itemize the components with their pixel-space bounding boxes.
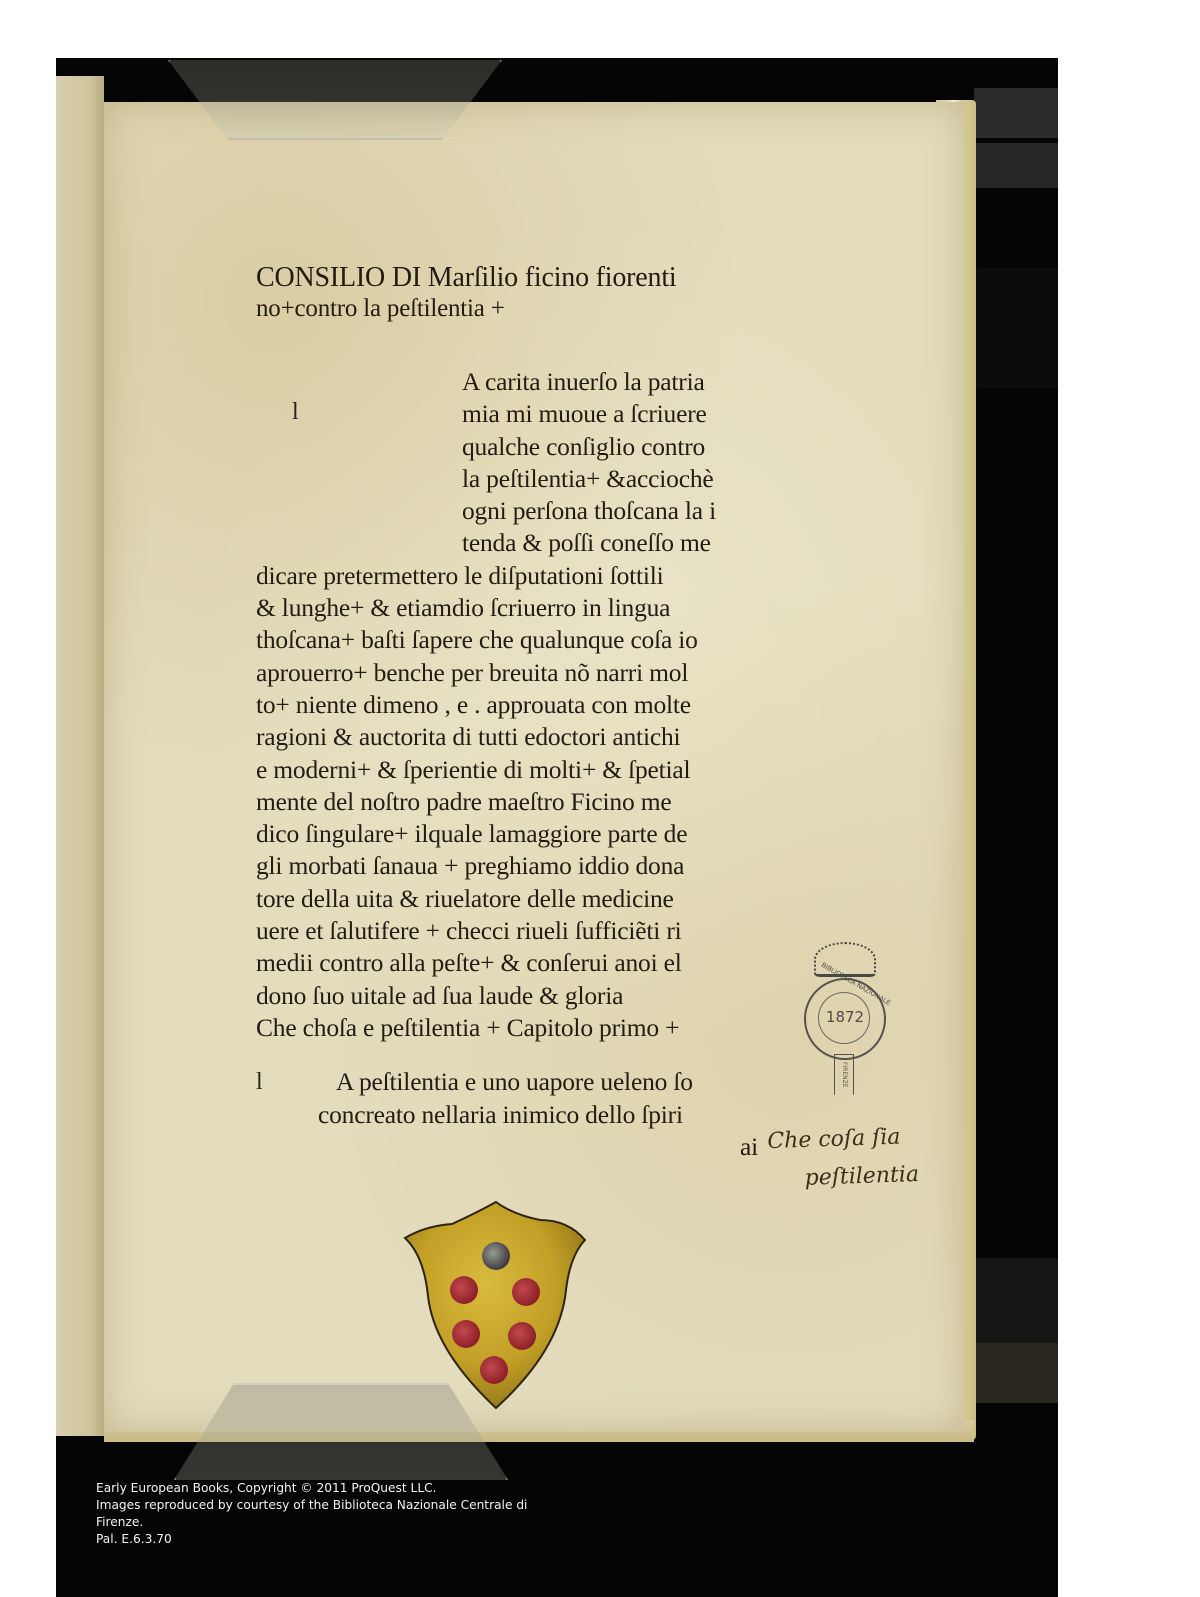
text-line: thoſcana+ baſti ſapere che qualunque coſ… [256,624,776,656]
text-line: qualche conſiglio contro [256,431,776,463]
text-line: tenda & poſſi coneſſo me [256,527,776,559]
text-line: uere et ſalutifere + checci riueli ſuffi… [256,915,776,947]
marginal-note-line: Che coſa ſia [767,1117,948,1161]
guide-letter: l [292,396,298,428]
medici-shield-icon [400,1200,590,1410]
text-line: tore della uita & riuelatore delle medic… [256,883,776,915]
text-line: aprouerro+ benche per breuita nõ narri m… [256,657,776,689]
shelf-stripe [974,88,1058,138]
catchword: ai [256,1131,776,1163]
caption-line: Early European Books, Copyright © 2011 P… [96,1480,696,1497]
title-line: CONSILIO DI Marſilio ficino fiorenti [256,262,776,294]
caption-line: Firenze. [96,1514,696,1531]
text-line: to+ niente dimeno , e . approuata con mo… [256,689,776,721]
copyright-caption: Early European Books, Copyright © 2011 P… [96,1480,696,1548]
book-scan: CONSILIO DI Marſilio ficino fiorenti no+… [56,58,1058,1597]
crown-icon [814,942,876,977]
text-line: e moderni+ & ſperientie di molti+ & ſpet… [256,754,776,786]
text-line: mente del noſtro padre maeſtro Ficino me [256,786,776,818]
text-line: medii contro alla peſte+ & conſerui anoi… [256,947,776,979]
text-line: dico ſingulare+ ilquale lamaggiore parte… [256,818,776,850]
caption-line: Images reproduced by courtesy of the Bib… [96,1497,696,1514]
shelf-stripe [974,1258,1058,1348]
marginal-note: Che coſa ſia peſtilentia [767,1117,950,1199]
text-line: ragioni & auctorita di tutti edoctori an… [256,721,776,753]
text-line: ogni perſona thoſcana la i [256,495,776,527]
text-line: dicare pretermettero le diſputationi ſot… [256,560,776,592]
shelf-stripe [974,1343,1058,1403]
title-line: no+contro la peſtilentia + [256,294,776,324]
text-line: & lunghe+ & etiamdio ſcriuerro in lingua [256,592,776,624]
shelf-stripe [974,143,1058,188]
marginal-note-line: peſtilentia [768,1155,949,1199]
left-flyleaf-edge [56,76,104,1436]
text-line: la peſtilentia+ &acciochè [256,463,776,495]
text-line: A carita inuerſo la patria [256,366,776,398]
text-line: concreato nellaria inimico dello ſpiri [256,1099,776,1131]
text-line: A peſtilentia e uno uapore ueleno ſo [256,1066,776,1098]
shelfmark: Pal. E.6.3.70 [96,1531,696,1548]
book-page: CONSILIO DI Marſilio ficino fiorenti no+… [104,102,964,1432]
text-line: dono ſuo uitale ad ſua laude & gloria [256,980,776,1012]
shelf-stripe [974,268,1058,388]
printed-text: CONSILIO DI Marſilio ficino fiorenti no+… [256,262,776,1163]
library-stamp: 1872 BIBLIOTECA NAZIONALE FIRENZE [796,932,896,1112]
text-line: gli morbati ſanaua + preghiamo iddio don… [256,850,776,882]
stamp-ribbon: FIRENZE [834,1054,854,1095]
text-line: mia mi muoue a ſcriuere [256,398,776,430]
guide-letter: l [256,1066,262,1098]
chapter-heading: Che choſa e peſtilentia + Capitolo primo… [256,1012,776,1044]
stamp-year: 1872 [806,1008,884,1026]
